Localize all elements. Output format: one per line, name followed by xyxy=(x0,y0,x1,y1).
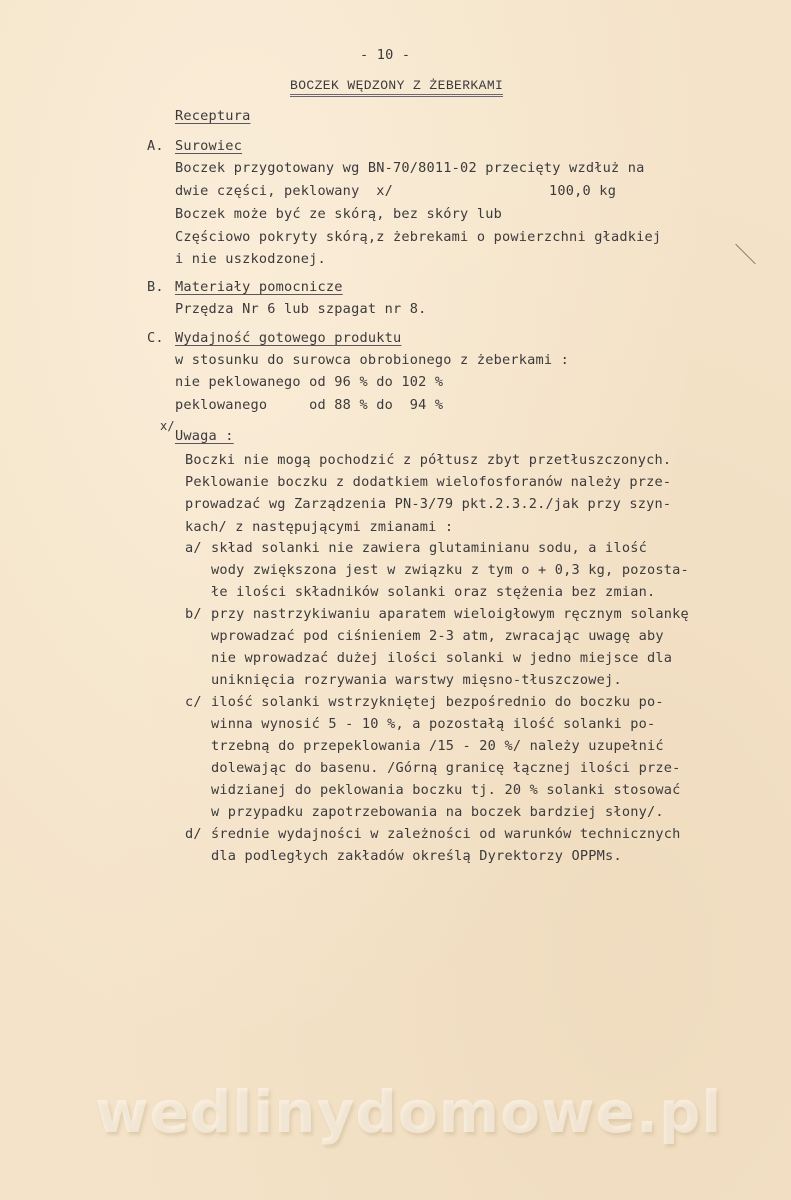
note-item-line: łe ilości składników solanki oraz stężen… xyxy=(211,584,655,600)
section-a-line: i nie uszkodzonej. xyxy=(175,251,326,267)
note-item-line: średnie wydajności w zależności od warun… xyxy=(211,826,681,842)
section-a-line: dwie części, peklowany x/ xyxy=(175,183,393,199)
section-a-letter: A. xyxy=(147,138,164,154)
section-a-heading: Surowiec xyxy=(175,138,242,154)
note-intro-line: prowadzać wg Zarządzenia PN-3/79 pkt.2.3… xyxy=(185,496,671,512)
section-a-line: Boczek przygotowany wg BN-70/8011-02 prz… xyxy=(175,160,645,176)
note-item-line: dla podległych zakładów określą Dyrektor… xyxy=(211,848,622,864)
note-item-label: d/ xyxy=(185,826,202,842)
note-item-line: ilość solanki wstrzykniętej bezpośrednio… xyxy=(211,694,664,710)
note-item-label: b/ xyxy=(185,606,202,622)
section-a-line: Częściowo pokryty skórą,z żebrekami o po… xyxy=(175,229,661,245)
section-c-line: nie peklowanego od 96 % do 102 % xyxy=(175,374,443,390)
note-item-line: trzebną do przepeklowania /15 - 20 %/ na… xyxy=(211,738,664,754)
note-item-line: wprowadzać pod ciśnieniem 2-3 atm, zwrac… xyxy=(211,628,664,644)
section-b-heading: Materiały pomocnicze xyxy=(175,279,343,295)
section-c-line: peklowanego od 88 % do 94 % xyxy=(175,397,443,413)
note-intro-line: kach/ z następującymi zmianami : xyxy=(185,519,453,535)
section-a-quantity: 100,0 kg xyxy=(549,183,616,199)
note-item-line: widzianej do peklowania boczku tj. 20 % … xyxy=(211,782,681,798)
section-c-heading: Wydajność gotowego produktu xyxy=(175,330,401,346)
note-item-line: przy nastrzykiwaniu aparatem wieloigłowy… xyxy=(211,606,689,622)
note-item-line: wody zwiększona jest w związku z tym o +… xyxy=(211,562,689,578)
note-item-line: winna wynosić 5 - 10 %, a pozostałą iloś… xyxy=(211,716,655,732)
section-c-line: w stosunku do surowca obrobionego z żebe… xyxy=(175,352,569,368)
document-title-text: BOCZEK WĘDZONY Z ŻEBERKAMI xyxy=(290,78,503,97)
note-intro-line: Peklowanie boczku z dodatkiem wielofosfo… xyxy=(185,474,671,490)
watermark: wedlinydomowe.pl xyxy=(95,1078,722,1146)
pencil-mark xyxy=(735,244,756,265)
section-c-letter: C. xyxy=(147,330,164,346)
note-item-line: w przypadku zapotrzebowania na boczek ba… xyxy=(211,804,664,820)
note-heading: Uwaga : xyxy=(175,428,234,444)
section-b-line: Przędza Nr 6 lub szpagat nr 8. xyxy=(175,301,427,317)
recipe-heading: Receptura xyxy=(175,108,250,124)
note-intro-line: Boczki nie mogą pochodzić z półtusz zbyt… xyxy=(185,452,671,468)
note-item-label: a/ xyxy=(185,540,202,556)
note-item-line: dolewając do basenu. /Górną granicę łącz… xyxy=(211,760,681,776)
note-item-line: skład solanki nie zawiera glutaminianu s… xyxy=(211,540,647,556)
document-title: BOCZEK WĘDZONY Z ŻEBERKAMI xyxy=(290,78,503,94)
page-number: - 10 - xyxy=(360,47,410,63)
note-item-line: nie wprowadzać dużej ilości solanki w je… xyxy=(211,650,672,666)
section-a-line: Boczek może być ze skórą, bez skóry lub xyxy=(175,206,502,222)
section-b-letter: B. xyxy=(147,279,164,295)
note-item-line: uniknięcia rozrywania warstwy mięsno-tłu… xyxy=(211,672,622,688)
note-item-label: c/ xyxy=(185,694,202,710)
note-marker: x/ xyxy=(160,418,175,434)
